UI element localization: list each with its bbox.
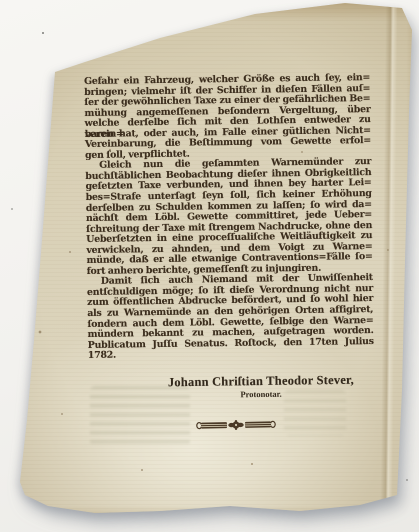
- photo-background: Gefahr ein Fahrzeug, welcher Größe es au…: [0, 0, 419, 532]
- body-text: Gefahr ein Fahrzeug, welcher Größe es au…: [84, 73, 374, 362]
- fold-crease: [380, 6, 397, 508]
- signature-title: Protonotar.: [150, 387, 372, 400]
- signature-block: Johann Chriſtian Theodor Stever, Protono…: [150, 372, 372, 400]
- document-paper: Gefahr ein Fahrzeug, welcher Größe es au…: [0, 0, 419, 532]
- paper-shadow: Gefahr ein Fahrzeug, welcher Größe es au…: [0, 0, 419, 532]
- printer-ornament-icon: [196, 417, 276, 432]
